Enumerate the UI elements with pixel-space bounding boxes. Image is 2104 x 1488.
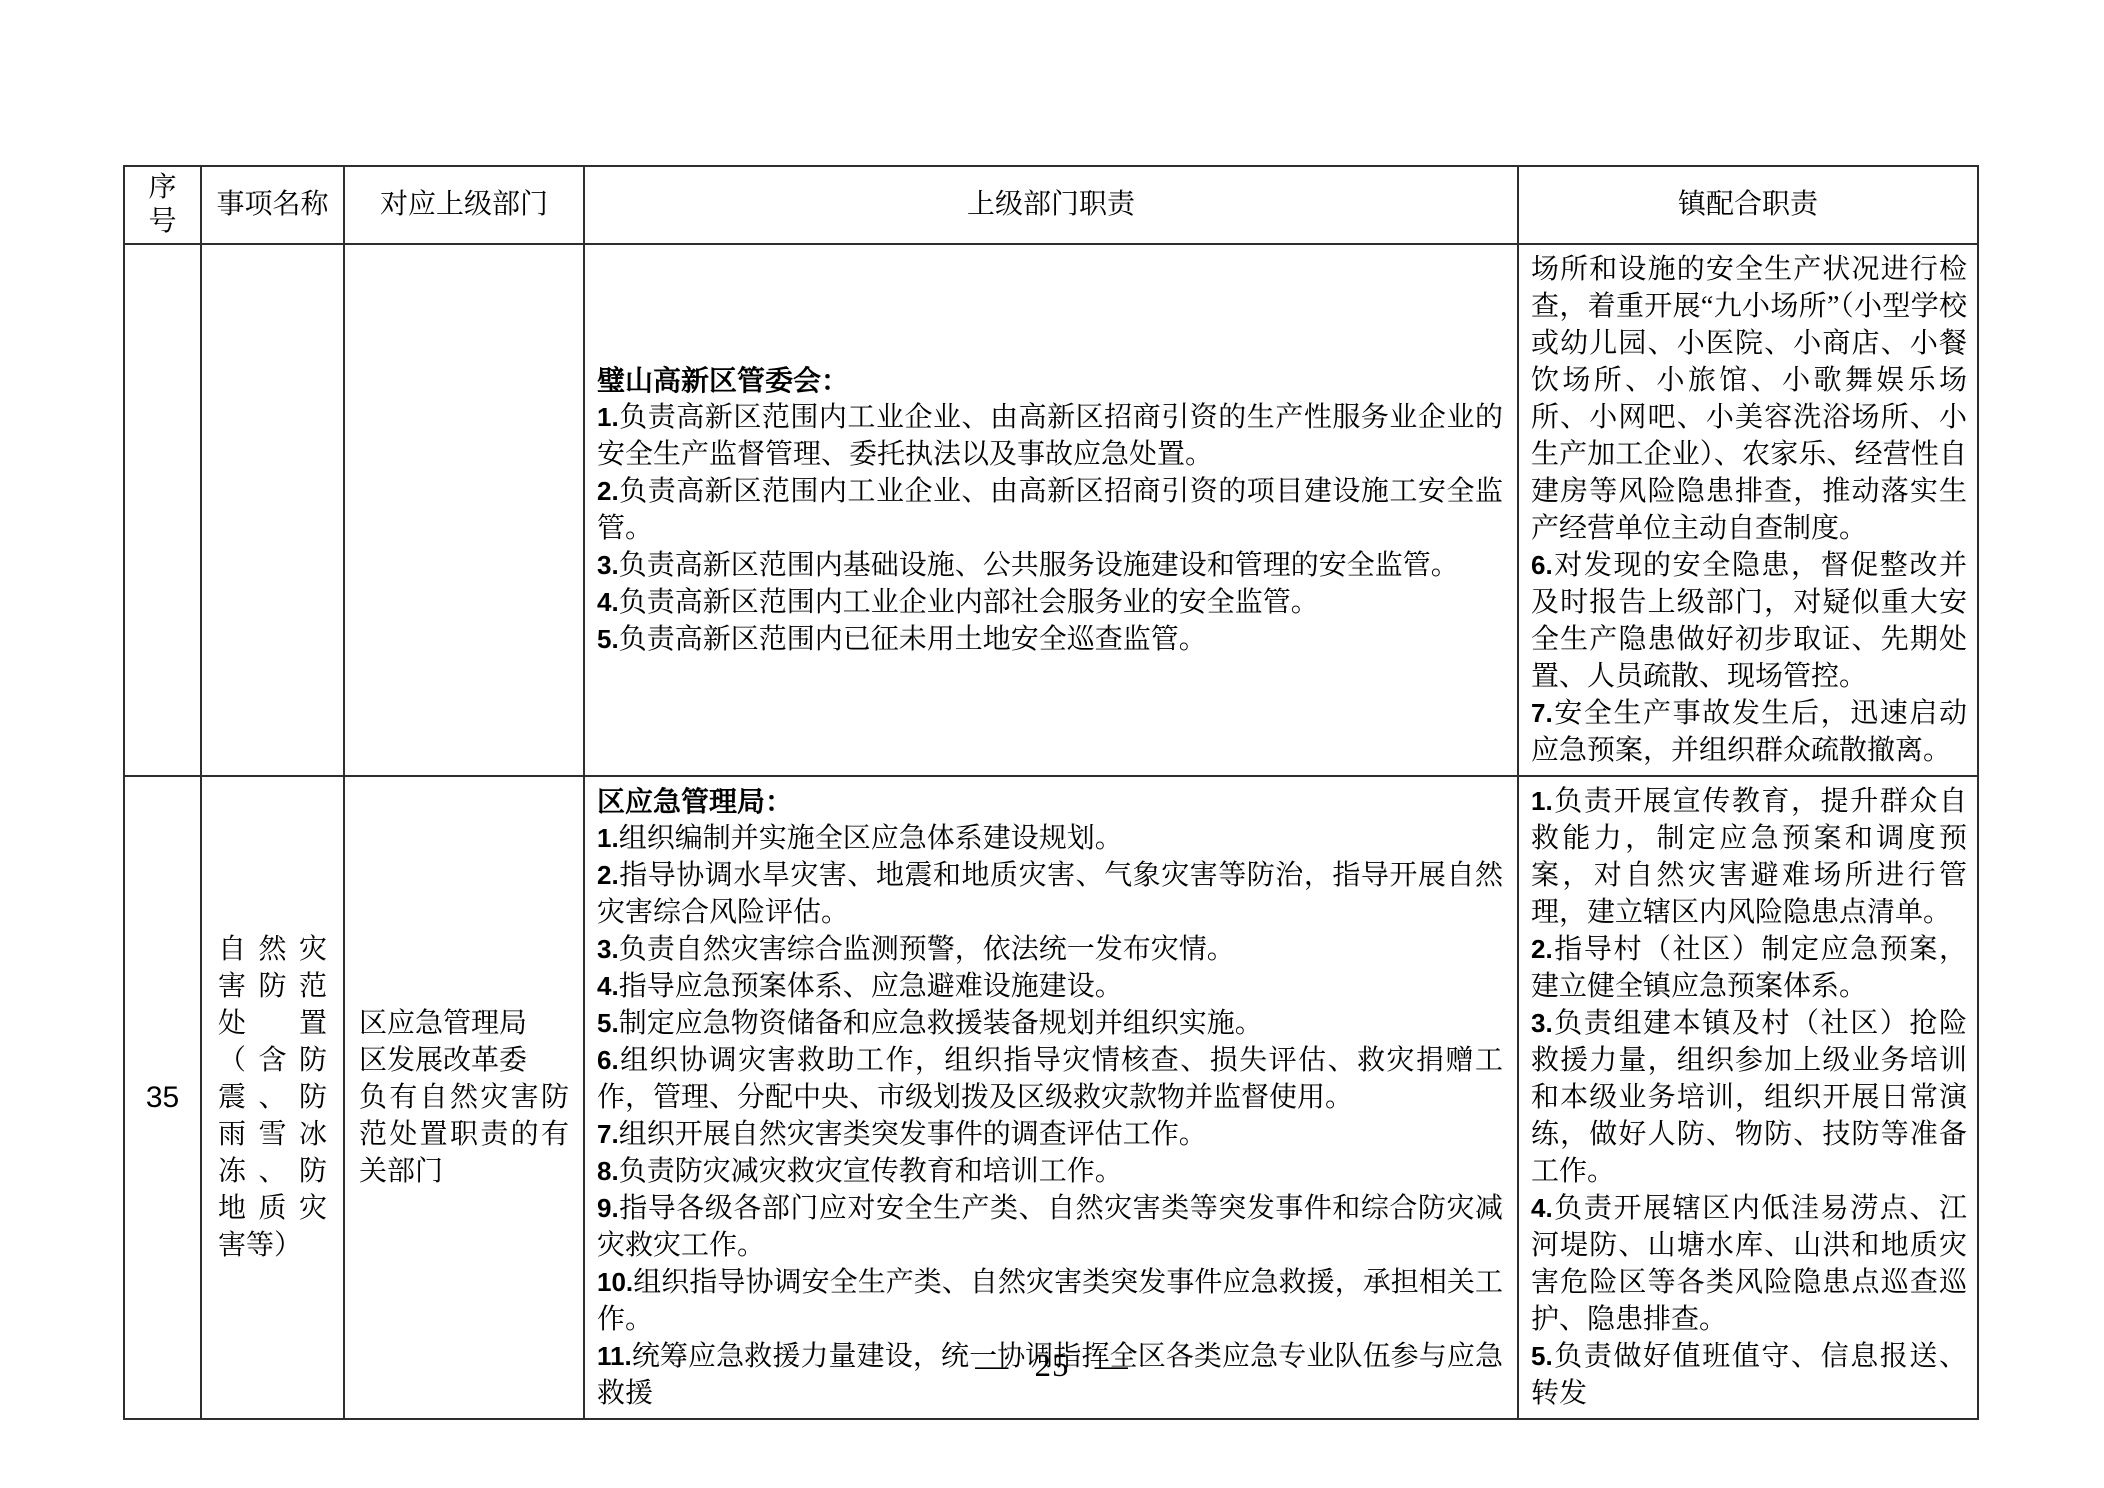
item-text: 负责高新区范围内基础设施、公共服务设施建设和管理的安全监管。 [619,550,1459,581]
item-text: 负责开展宣传教育，提升群众自救能力，制定应急预案和调度预案，对自然灾害避难场所进… [1531,786,1967,928]
item-number: 3. [597,550,619,580]
town-duty-item: 2.指导村（社区）制定应急预案，建立健全镇应急预案体系。 [1531,931,1967,1005]
page-number: — 25 — [0,1348,2104,1385]
item-number: 8. [597,1156,619,1186]
duty-item: 5.制定应急物资储备和应急救援装备规划并组织实施。 [597,1005,1503,1042]
item-text: 场所和设施的安全生产状况进行检查，着重开展“九小场所”（小型学校或幼儿园、小医院… [1531,254,1967,544]
town-duty-item-list: 场所和设施的安全生产状况进行检查，着重开展“九小场所”（小型学校或幼儿园、小医院… [1531,251,1967,769]
item-number: 2. [1531,934,1553,964]
item-text: 负责防灾减灾救灾宣传教育和培训工作。 [619,1156,1123,1187]
duty-item: 2.负责高新区范围内工业企业、由高新区招商引资的项目建设施工安全监管。 [597,473,1503,547]
item-number: 7. [597,1119,619,1149]
col-header-town-duties: 镇配合职责 [1518,166,1978,244]
responsibility-table: 序号 事项名称 对应上级部门 上级部门职责 镇配合职责 璧山高新区管委会： 1.… [123,165,1979,1420]
item-text: 负责组建本镇及村（社区）抢险救援力量，组织参加上级业务培训和本级业务培训，组织开… [1531,1008,1967,1187]
duty-item: 5.负责高新区范围内已征未用土地安全巡查监管。 [597,621,1503,658]
duty-item: 4.指导应急预案体系、应急避难设施建设。 [597,968,1503,1005]
item-number: 7. [1531,698,1553,728]
duty-item-list: 1.负责高新区范围内工业企业、由高新区招商引资的生产性服务业企业的安全生产监督管… [597,399,1503,658]
table-row-continuation: 璧山高新区管委会： 1.负责高新区范围内工业企业、由高新区招商引资的生产性服务业… [124,244,1978,776]
item-text: 制定应急物资储备和应急救援装备规划并组织实施。 [619,1008,1263,1039]
cell-item-name [201,244,344,776]
col-header-superior-duties: 上级部门职责 [584,166,1518,244]
duty-item: 7.组织开展自然灾害类突发事件的调查评估工作。 [597,1116,1503,1153]
duty-item: 3.负责自然灾害综合监测预警，依法统一发布灾情。 [597,931,1503,968]
item-number: 4. [1531,1193,1553,1223]
cell-town-duties: 1.负责开展宣传教育，提升群众自救能力，制定应急预案和调度预案，对自然灾害避难场… [1518,776,1978,1419]
item-number: 6. [1531,550,1553,580]
town-duty-item: 场所和设施的安全生产状况进行检查，着重开展“九小场所”（小型学校或幼儿园、小医院… [1531,251,1967,547]
cell-superior-duties: 区应急管理局： 1.组织编制并实施全区应急体系建设规划。2.指导协调水旱灾害、地… [584,776,1518,1419]
item-number: 4. [597,587,619,617]
cell-item-name: 自然灾害防范处置（含防震、防雨雪冰冻、防地质灾害等） [201,776,344,1419]
item-number: 9. [597,1193,619,1223]
duty-item: 1.负责高新区范围内工业企业、由高新区招商引资的生产性服务业企业的安全生产监督管… [597,399,1503,473]
item-number: 5. [597,1008,619,1038]
item-text: 指导村（社区）制定应急预案，建立健全镇应急预案体系。 [1531,934,1967,1002]
item-text: 组织开展自然灾害类突发事件的调查评估工作。 [619,1119,1207,1150]
cell-seq: 35 [124,776,201,1419]
document-page: 序号 事项名称 对应上级部门 上级部门职责 镇配合职责 璧山高新区管委会： 1.… [0,0,2104,1488]
item-number: 3. [1531,1008,1553,1038]
col-header-superior-dept: 对应上级部门 [344,166,584,244]
item-number: 4. [597,971,619,1001]
duty-item: 8.负责防灾减灾救灾宣传教育和培训工作。 [597,1153,1503,1190]
duty-item-list: 1.组织编制并实施全区应急体系建设规划。2.指导协调水旱灾害、地震和地质灾害、气… [597,820,1503,1412]
item-number: 6. [597,1045,619,1075]
item-text: 对发现的安全隐患，督促整改并及时报告上级部门，对疑似重大安全生产隐患做好初步取证… [1531,550,1967,692]
item-number: 10. [597,1267,633,1297]
item-number: 5. [597,624,619,654]
table-row-35: 35 自然灾害防范处置（含防震、防雨雪冰冻、防地质灾害等） 区应急管理局 区发展… [124,776,1978,1419]
town-duty-item: 4.负责开展辖区内低洼易涝点、江河堤防、山塘水库、山洪和地质灾害危险区等各类风险… [1531,1190,1967,1338]
item-number: 1. [597,823,619,853]
item-text: 负责高新区范围内工业企业、由高新区招商引资的生产性服务业企业的安全生产监督管理、… [597,402,1503,470]
header-row: 序号 事项名称 对应上级部门 上级部门职责 镇配合职责 [124,166,1978,244]
duty-item: 9.指导各级各部门应对安全生产类、自然灾害类等突发事件和综合防灾减灾救灾工作。 [597,1190,1503,1264]
town-duty-item: 1.负责开展宣传教育，提升群众自救能力，制定应急预案和调度预案，对自然灾害避难场… [1531,783,1967,931]
town-duty-item: 7.安全生产事故发生后，迅速启动应急预案，并组织群众疏散撤离。 [1531,695,1967,769]
cell-superior-duties: 璧山高新区管委会： 1.负责高新区范围内工业企业、由高新区招商引资的生产性服务业… [584,244,1518,776]
duty-item: 2.指导协调水旱灾害、地震和地质灾害、气象灾害等防治，指导开展自然灾害综合风险评… [597,857,1503,931]
town-duty-item: 6.对发现的安全隐患，督促整改并及时报告上级部门，对疑似重大安全生产隐患做好初步… [1531,547,1967,695]
item-text: 组织编制并实施全区应急体系建设规划。 [619,823,1123,854]
item-number: 1. [1531,786,1553,816]
item-text: 负责高新区范围内已征未用土地安全巡查监管。 [619,624,1207,655]
col-header-seq: 序号 [124,166,201,244]
cell-seq [124,244,201,776]
item-text: 负责开展辖区内低洼易涝点、江河堤防、山塘水库、山洪和地质灾害危险区等各类风险隐患… [1531,1193,1967,1335]
cell-town-duties: 场所和设施的安全生产状况进行检查，着重开展“九小场所”（小型学校或幼儿园、小医院… [1518,244,1978,776]
item-text: 指导各级各部门应对安全生产类、自然灾害类等突发事件和综合防灾减灾救灾工作。 [597,1193,1503,1261]
town-duty-item-list: 1.负责开展宣传教育，提升群众自救能力，制定应急预案和调度预案，对自然灾害避难场… [1531,783,1967,1412]
item-text: 负责高新区范围内工业企业、由高新区招商引资的项目建设施工安全监管。 [597,476,1503,544]
item-text: 安全生产事故发生后，迅速启动应急预案，并组织群众疏散撤离。 [1531,698,1967,766]
cell-superior-depts: 区应急管理局 区发展改革委 负有自然灾害防范处置职责的有关部门 [344,776,584,1419]
item-number: 3. [597,934,619,964]
town-duty-item: 3.负责组建本镇及村（社区）抢险救援力量，组织参加上级业务培训和本级业务培训，组… [1531,1005,1967,1190]
item-text: 指导应急预案体系、应急避难设施建设。 [619,971,1123,1002]
cell-superior-depts [344,244,584,776]
duty-item: 4.负责高新区范围内工业企业内部社会服务业的安全监管。 [597,584,1503,621]
item-number: 2. [597,860,619,890]
col-header-item-name: 事项名称 [201,166,344,244]
duty-org-title: 区应急管理局： [597,783,1503,820]
duty-item: 3.负责高新区范围内基础设施、公共服务设施建设和管理的安全监管。 [597,547,1503,584]
item-number: 1. [597,402,619,432]
item-text: 指导协调水旱灾害、地震和地质灾害、气象灾害等防治，指导开展自然灾害综合风险评估。 [597,860,1503,928]
item-text: 组织协调灾害救助工作，组织指导灾情核查、损失评估、救灾捐赠工作，管理、分配中央、… [597,1045,1503,1113]
item-text: 负责高新区范围内工业企业内部社会服务业的安全监管。 [619,587,1319,618]
item-text: 组织指导协调安全生产类、自然灾害类突发事件应急救援，承担相关工作。 [597,1267,1503,1335]
duty-item: 1.组织编制并实施全区应急体系建设规划。 [597,820,1503,857]
duty-item: 10.组织指导协调安全生产类、自然灾害类突发事件应急救援，承担相关工作。 [597,1264,1503,1338]
item-text: 负责自然灾害综合监测预警，依法统一发布灾情。 [619,934,1235,965]
duty-org-title: 璧山高新区管委会： [597,362,1503,399]
item-number: 2. [597,476,619,506]
duty-item: 6.组织协调灾害救助工作，组织指导灾情核查、损失评估、救灾捐赠工作，管理、分配中… [597,1042,1503,1116]
